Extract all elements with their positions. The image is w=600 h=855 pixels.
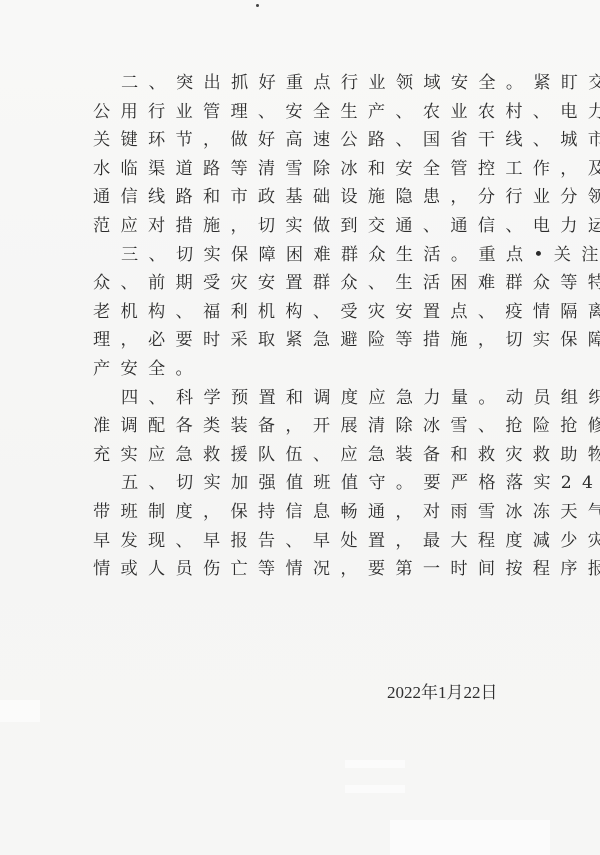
text-line: 理，必要时采取紧急避险等措施，切实保障人民群众生命财 bbox=[93, 326, 513, 355]
paragraph-section-4: 四、科学预置和调度应急力量。动员组织救援力量，精 准调配各类装备，开展清除冰雪、… bbox=[93, 384, 513, 470]
scan-smudge bbox=[390, 820, 550, 855]
text-line: 情或人员伤亡等情况，要第一时间按程序报告。 bbox=[93, 555, 513, 584]
text-line: 五、切实加强值班值守。要严格落实24小时值班和领导 bbox=[93, 469, 513, 498]
scan-dot-artifact bbox=[256, 4, 259, 7]
text-line: 早发现、早报告、早处置，最大程度减少灾害损失，紧急灾 bbox=[93, 527, 513, 556]
text-line: 三、切实保障困难群众生活。重点•关注灾害易发区域群 bbox=[93, 241, 513, 270]
text-line: 关键环节，做好高速公路、国省干线、城市路桥（涵）、临 bbox=[93, 126, 513, 155]
paragraph-section-2: 二、突出抓好重点行业领域安全。紧盯交通运输、城市 公用行业管理、安全生产、农业农… bbox=[93, 69, 513, 241]
text-line: 通信线路和市政基础设施隐患，分行业分领域分部门落实防 bbox=[93, 183, 513, 212]
text-line: 众、前期受灾安置群众、生活困难群众等特殊群体，加强养 bbox=[93, 269, 513, 298]
text-line: 二、突出抓好重点行业领域安全。紧盯交通运输、城市 bbox=[93, 69, 513, 98]
text-line: 准调配各类装备，开展清除冰雪、抢险抢修等活动。进一步 bbox=[93, 412, 513, 441]
document-date: 2022年1月22日 bbox=[387, 678, 498, 703]
text-line: 带班制度，保持信息畅通，对雨雪冰冻天气引发突发情况要 bbox=[93, 498, 513, 527]
text-line: 四、科学预置和调度应急力量。动员组织救援力量，精 bbox=[93, 384, 513, 413]
text-line: 老机构、福利机构、受灾安置点、疫情隔离点等重点区域管 bbox=[93, 298, 513, 327]
scan-smudge bbox=[345, 785, 405, 793]
scan-smudge bbox=[0, 700, 40, 722]
text-line: 范应对措施，切实做到交通、通信、电力运行通畅。 bbox=[93, 212, 513, 241]
text-line: 充实应急救援队伍、应急装备和救灾救助物资。 bbox=[93, 441, 513, 470]
document-body: 二、突出抓好重点行业领域安全。紧盯交通运输、城市 公用行业管理、安全生产、农业农… bbox=[93, 69, 513, 584]
paragraph-section-3: 三、切实保障困难群众生活。重点•关注灾害易发区域群 众、前期受灾安置群众、生活困… bbox=[93, 241, 513, 384]
text-line: 水临渠道路等清雪除冰和安全管控工作，及时排查处置电力、 bbox=[93, 155, 513, 184]
text-line: 产安全。 bbox=[93, 355, 513, 384]
paragraph-section-5: 五、切实加强值班值守。要严格落实24小时值班和领导 带班制度，保持信息畅通，对雨… bbox=[93, 469, 513, 583]
text-line: 公用行业管理、安全生产、农业农村、电力、通信等灾害链 bbox=[93, 98, 513, 127]
document-page: 二、突出抓好重点行业领域安全。紧盯交通运输、城市 公用行业管理、安全生产、农业农… bbox=[0, 0, 600, 855]
scan-smudge bbox=[345, 760, 405, 768]
